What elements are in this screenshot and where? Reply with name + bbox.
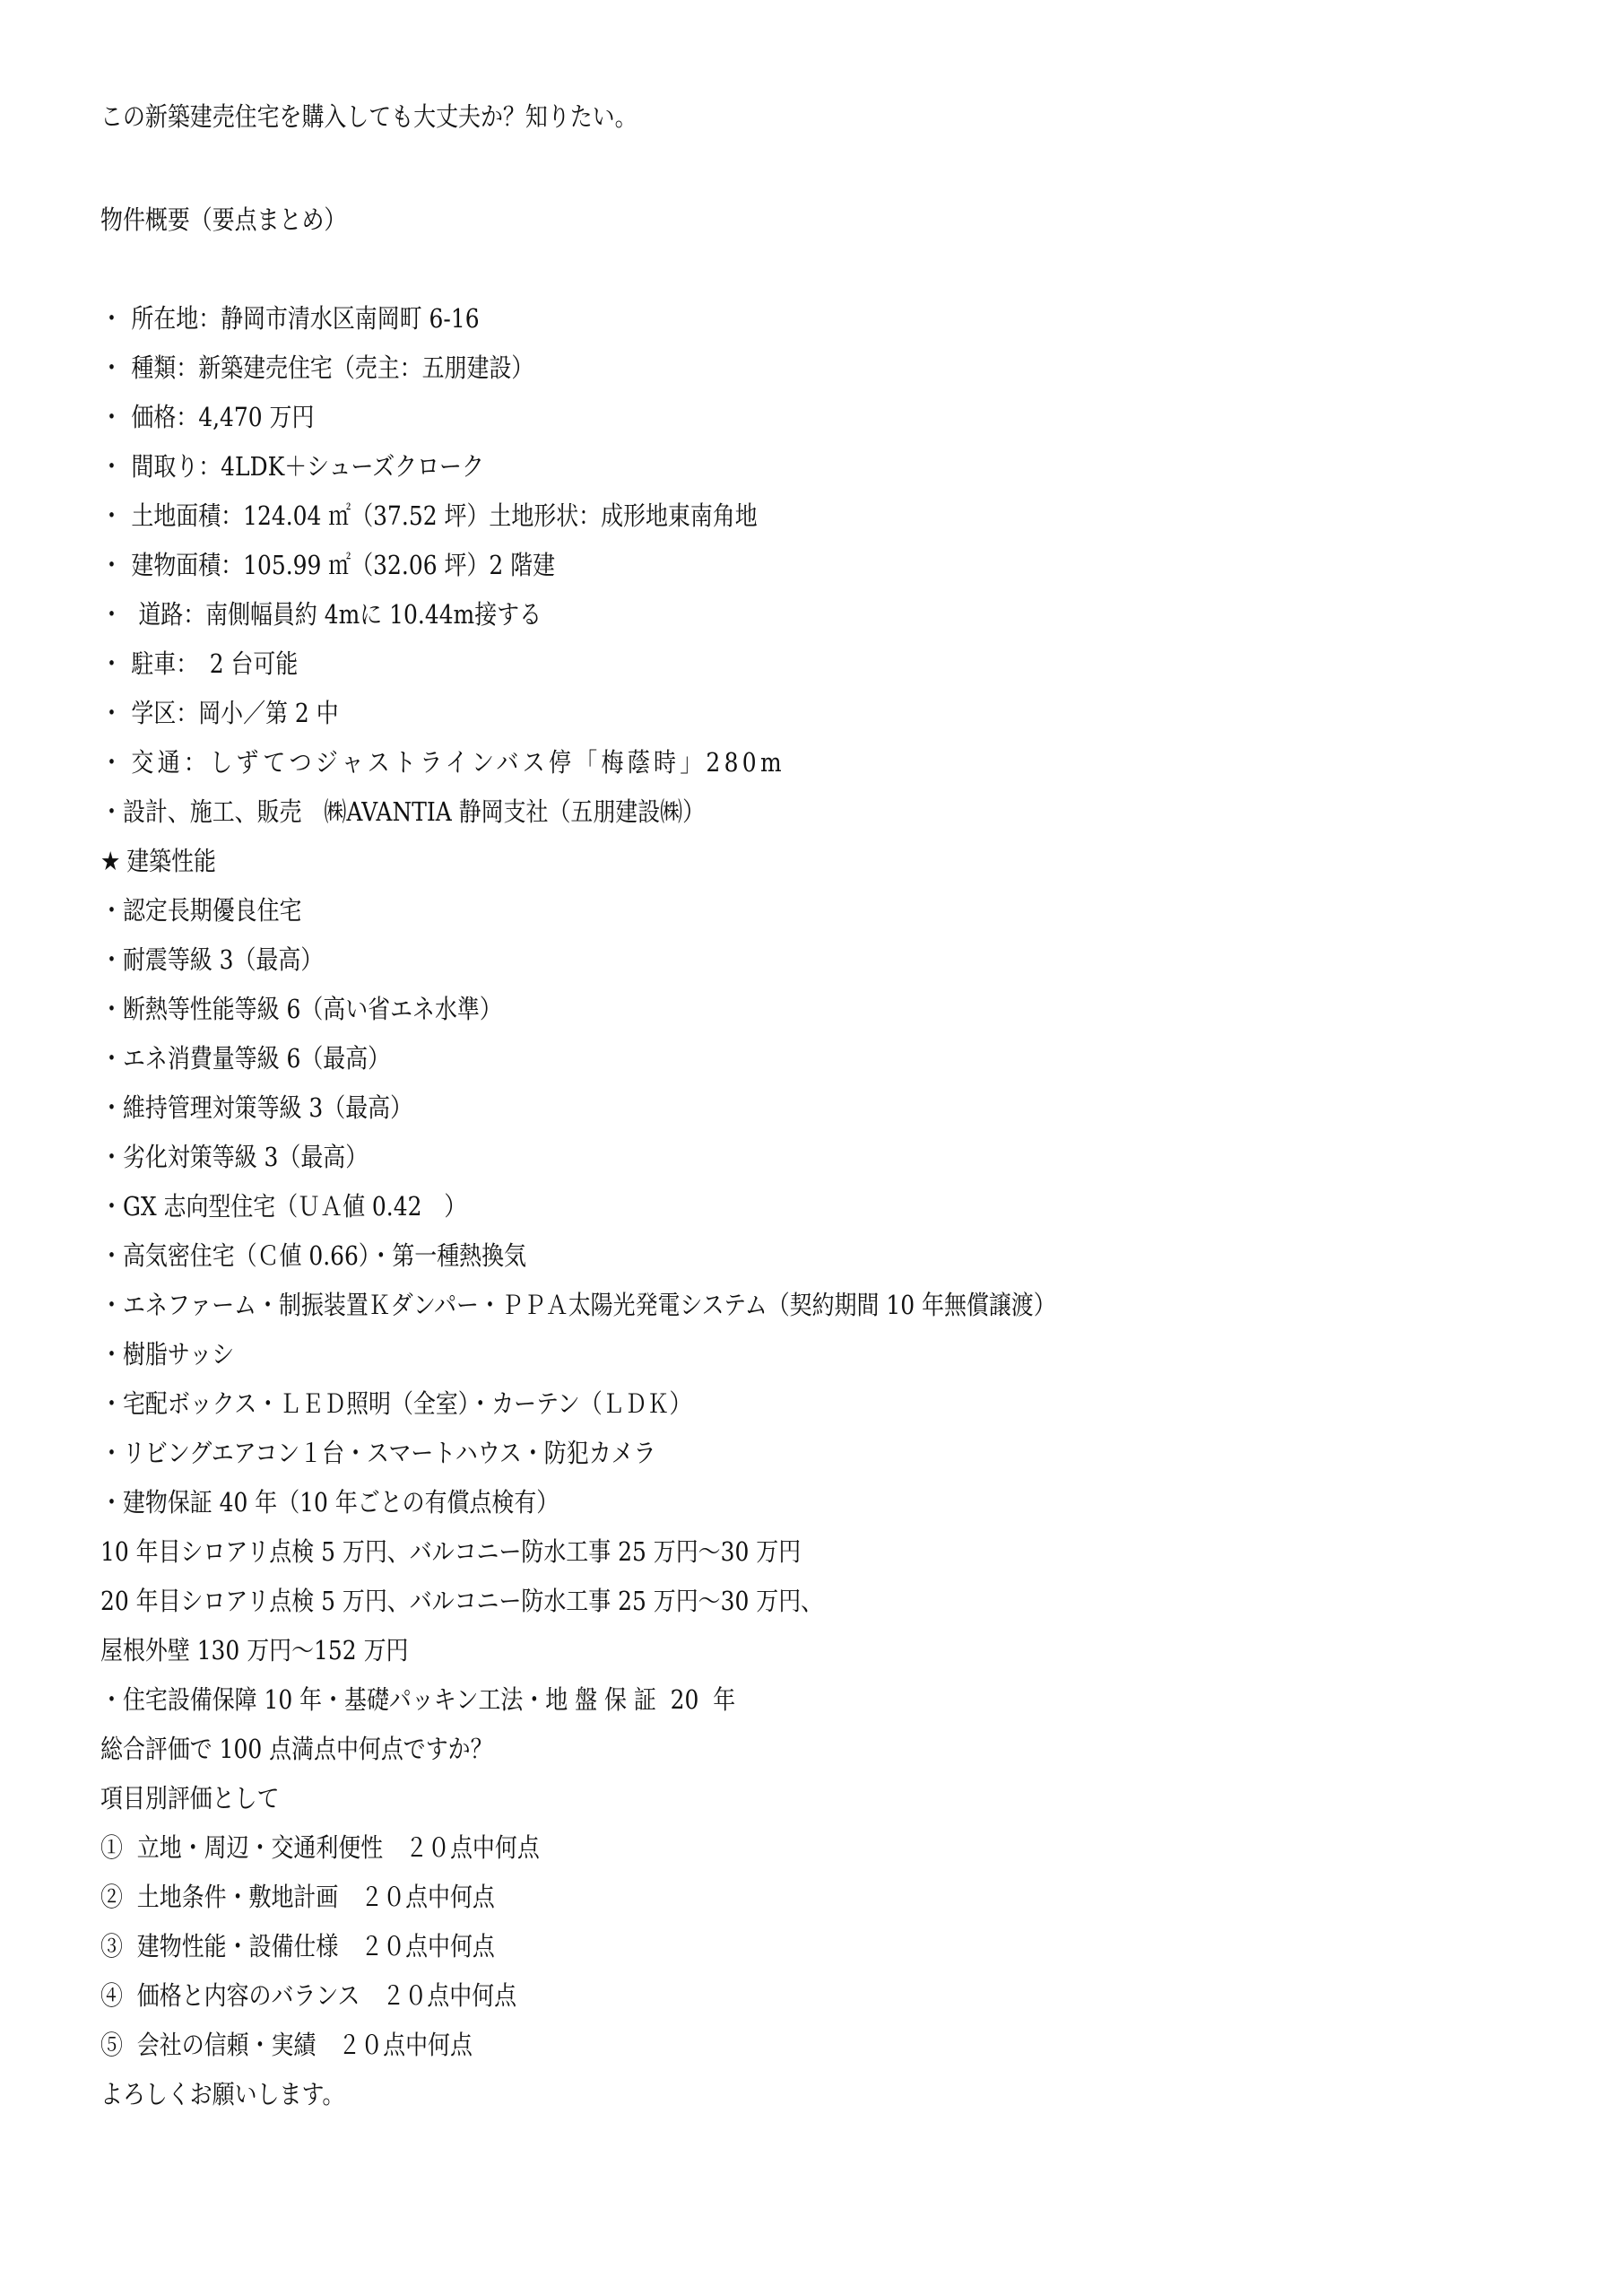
criteria-item: ① 立地・周辺・交通利便性 ２０点中何点 bbox=[100, 1830, 540, 1865]
company-line: ・設計、施工、販売 ㈱AVANTIA 静岡支社（五朋建設㈱） bbox=[100, 794, 705, 830]
performance-item: ・リビングエアコン１台・スマートハウス・防犯カメラ bbox=[100, 1435, 656, 1471]
item-text: 土地面積：124.04 ㎡（37.52 坪）土地形状：成形地東南角地 bbox=[131, 500, 757, 531]
circled-number: ④ bbox=[100, 1980, 123, 2011]
item-text: 所在地：静岡市清水区南岡町 6-16 bbox=[131, 303, 479, 334]
overview-item-price: ・価格：4,470 万円 bbox=[100, 399, 314, 435]
criteria-label: 立地・周辺・交通利便性 bbox=[137, 1832, 383, 1863]
closing-line: よろしくお願いします。 bbox=[100, 2076, 344, 2112]
overview-item-road: ・ 道路：南側幅員約 4mに 10.44m接する bbox=[100, 596, 542, 632]
maintenance-cost-roof: 屋根外壁 130 万円～152 万円 bbox=[100, 1632, 408, 1668]
item-text: 道路：南側幅員約 4mに 10.44m接する bbox=[131, 599, 542, 630]
performance-item: ・樹脂サッシ bbox=[100, 1336, 234, 1372]
circled-number: ② bbox=[100, 1882, 123, 1912]
item-text: 学区：岡小／第 2 中 bbox=[131, 698, 338, 728]
bullet-icon: ・ bbox=[100, 399, 131, 435]
item-text: 建物面積：105.99 ㎡（32.06 坪）2 階建 bbox=[131, 550, 555, 580]
overview-item-layout: ・間取り：4LDK＋シューズクローク bbox=[100, 448, 484, 484]
bullet-icon: ・ bbox=[100, 350, 131, 386]
bullet-icon: ・ bbox=[100, 744, 131, 780]
criteria-label: 土地条件・敷地計画 bbox=[137, 1882, 338, 1912]
criteria-points: ２０点中何点 bbox=[405, 1832, 540, 1863]
circled-number: ③ bbox=[100, 1931, 123, 1961]
circled-number: ① bbox=[100, 1832, 123, 1863]
performance-item: ・エネ消費量等級 6（最高） bbox=[100, 1040, 390, 1076]
overview-heading: 物件概要（要点まとめ） bbox=[100, 202, 346, 238]
criteria-item: ② 土地条件・敷地計画 ２０点中何点 bbox=[100, 1879, 495, 1915]
criteria-item: ⑤ 会社の信頼・実績 ２０点中何点 bbox=[100, 2027, 473, 2063]
bullet-icon: ・ bbox=[100, 300, 131, 336]
maintenance-cost-20yr: 20 年目シロアリ点検 5 万円、バルコニー防水工事 25 万円～30 万円、 bbox=[100, 1583, 823, 1619]
star-icon: ★ bbox=[100, 843, 126, 879]
total-score-question: 総合評価で 100 点満点中何点ですか？ bbox=[100, 1731, 493, 1767]
bullet-icon: ・ bbox=[100, 448, 131, 484]
question-line: この新築建売住宅を購入しても大丈夫か？知りたい。 bbox=[100, 99, 638, 135]
performance-item: ・高気密住宅（Ｃ値 0.66）・第一種熱換気 bbox=[100, 1238, 526, 1274]
performance-item: ・GX 志向型住宅（ＵＡ値 0.42 ） bbox=[100, 1188, 466, 1224]
performance-item: ・維持管理対策等級 3（最高） bbox=[100, 1090, 412, 1126]
performance-item: ・エネファーム・制振装置Ｋダンパー・ＰＰＡ太陽光発電システム（契約期間 10 年… bbox=[100, 1287, 1056, 1323]
criteria-points: ２０点中何点 bbox=[338, 2030, 473, 2060]
circled-number: ⑤ bbox=[100, 2030, 123, 2060]
performance-heading-text: 建築性能 bbox=[126, 846, 216, 876]
maintenance-cost-10yr: 10 年目シロアリ点検 5 万円、バルコニー防水工事 25 万円～30 万円 bbox=[100, 1534, 801, 1570]
criteria-label: 建物性能・設備仕様 bbox=[137, 1931, 338, 1961]
criteria-item: ③ 建物性能・設備仕様 ２０点中何点 bbox=[100, 1928, 495, 1964]
item-text: 交通：しずてつジャストラインバス停「梅蔭時」280m bbox=[131, 747, 785, 778]
overview-item-location: ・所在地：静岡市清水区南岡町 6-16 bbox=[100, 300, 480, 336]
performance-item: ・建物保証 40 年（10 年ごとの有償点検有） bbox=[100, 1484, 559, 1520]
item-text: 種類：新築建売住宅（売主：五朋建設） bbox=[131, 352, 533, 383]
overview-item-school-district: ・学区：岡小／第 2 中 bbox=[100, 695, 339, 731]
item-text: 駐車： 2 台可能 bbox=[131, 648, 298, 679]
performance-item: ・住宅設備保障 10 年・基礎パッキン工法・地 盤 保 証 20 年 bbox=[100, 1682, 735, 1718]
performance-heading: ★建築性能 bbox=[100, 843, 216, 879]
bullet-icon: ・ bbox=[100, 646, 131, 682]
criteria-points: ２０点中何点 bbox=[360, 1882, 495, 1912]
criteria-points: ２０点中何点 bbox=[382, 1980, 516, 2011]
item-text: 間取り：4LDK＋シューズクローク bbox=[131, 451, 484, 482]
overview-item-type: ・種類：新築建売住宅（売主：五朋建設） bbox=[100, 350, 533, 386]
overview-item-land-area: ・土地面積：124.04 ㎡（37.52 坪）土地形状：成形地東南角地 bbox=[100, 498, 758, 534]
overview-item-parking: ・駐車： 2 台可能 bbox=[100, 646, 298, 682]
item-text: 価格：4,470 万円 bbox=[131, 402, 314, 432]
performance-item: ・耐震等級 3（最高） bbox=[100, 942, 323, 978]
bullet-icon: ・ bbox=[100, 498, 131, 534]
bullet-icon: ・ bbox=[100, 695, 131, 731]
criteria-points: ２０点中何点 bbox=[360, 1931, 495, 1961]
performance-item: ・劣化対策等級 3（最高） bbox=[100, 1139, 368, 1175]
breakdown-heading: 項目別評価として bbox=[100, 1780, 280, 1816]
performance-item: ・断熱等性能等級 6（高い省エネ水準） bbox=[100, 991, 502, 1027]
bullet-icon: ・ bbox=[100, 547, 131, 583]
criteria-item: ④ 価格と内容のバランス ２０点中何点 bbox=[100, 1978, 516, 2013]
criteria-label: 会社の信頼・実績 bbox=[137, 2030, 317, 2060]
bullet-icon: ・ bbox=[100, 596, 131, 632]
overview-item-building-area: ・建物面積：105.99 ㎡（32.06 坪）2 階建 bbox=[100, 547, 555, 583]
performance-item: ・認定長期優良住宅 bbox=[100, 892, 301, 928]
overview-item-transport: ・交通：しずてつジャストラインバス停「梅蔭時」280m bbox=[100, 744, 785, 780]
criteria-label: 価格と内容のバランス bbox=[137, 1980, 360, 2011]
performance-item: ・宅配ボックス・ＬＥＤ照明（全室）・カーテン（ＬＤＫ） bbox=[100, 1386, 691, 1422]
